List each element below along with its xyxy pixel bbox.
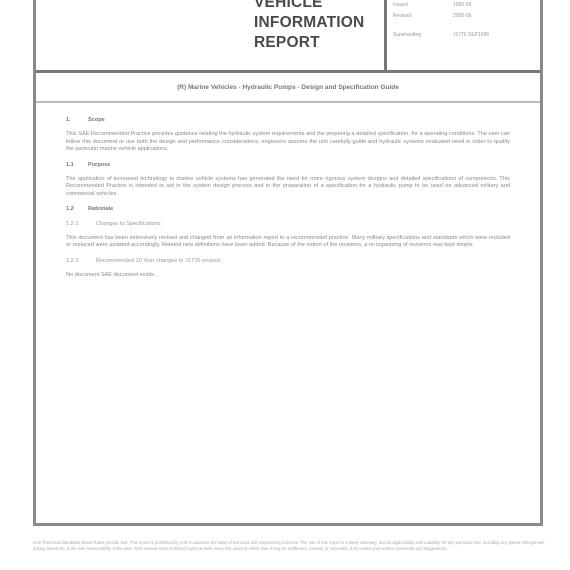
section-title: Purpose: [88, 162, 110, 169]
section-heading-scope: 1. Scope: [66, 117, 510, 124]
section-title: Scope: [88, 117, 105, 124]
subsection-number: 1.2.2: [66, 258, 96, 265]
subsection-text: This document has been extensively revis…: [66, 235, 510, 250]
footer-notice: SAE Technical Standards Board Rules prov…: [33, 540, 548, 552]
report-type-line: INFORMATION: [254, 13, 364, 33]
subsection-title: Recommended 10 Year changes to J1776 rev…: [96, 258, 220, 265]
subsection-heading: 1.2.2 Recommended 10 Year changes to J17…: [66, 258, 510, 265]
subsection-title: Changes to Specifications: [96, 221, 161, 228]
section-number: 1.: [66, 117, 88, 124]
section-number: 1.1: [66, 162, 88, 169]
document-info-box: Issued 1996-09 Revised 2000-06 Supersedi…: [384, 0, 540, 71]
report-type-line: REPORT: [254, 33, 364, 53]
subsection-number: 1.2.1: [66, 221, 96, 228]
info-value: 1996-09: [453, 2, 471, 8]
section-text-scope: This SAE Recommended Practice provides g…: [66, 131, 510, 153]
document-header: VEHICLE INFORMATION REPORT Issued 1996-0…: [36, 0, 540, 73]
title-row: (R) Marine Vehicles - Hydraulic Pumps - …: [36, 73, 540, 103]
info-superseding: Superseding J1776 SEP1996: [393, 32, 489, 38]
info-issued: Issued 1996-09: [393, 2, 471, 8]
info-revised: Revised 2000-06: [393, 13, 471, 19]
report-type-label: VEHICLE INFORMATION REPORT: [254, 0, 364, 53]
subsection-heading: 1.2.1 Changes to Specifications: [66, 221, 510, 228]
info-label: Superseding: [393, 32, 453, 38]
section-number: 1.2: [66, 206, 88, 213]
document-frame: VEHICLE INFORMATION REPORT Issued 1996-0…: [33, 0, 543, 526]
document-title: (R) Marine Vehicles - Hydraulic Pumps - …: [177, 84, 399, 91]
section-text-purpose: The application of increased technology …: [66, 176, 510, 198]
section-heading-rationale: 1.2 Rationale: [66, 206, 510, 213]
section-heading-purpose: 1.1 Purpose: [66, 162, 510, 169]
info-value: J1776 SEP1996: [453, 32, 489, 38]
info-label: Revised: [393, 13, 453, 19]
info-label: Issued: [393, 2, 453, 8]
document-body: 1. Scope This SAE Recommended Practice p…: [66, 117, 510, 288]
info-value: 2000-06: [453, 13, 471, 19]
report-type-line: VEHICLE: [254, 0, 364, 13]
subsection-text: No document SAE document exists.: [66, 272, 510, 279]
section-title: Rationale: [88, 206, 113, 213]
